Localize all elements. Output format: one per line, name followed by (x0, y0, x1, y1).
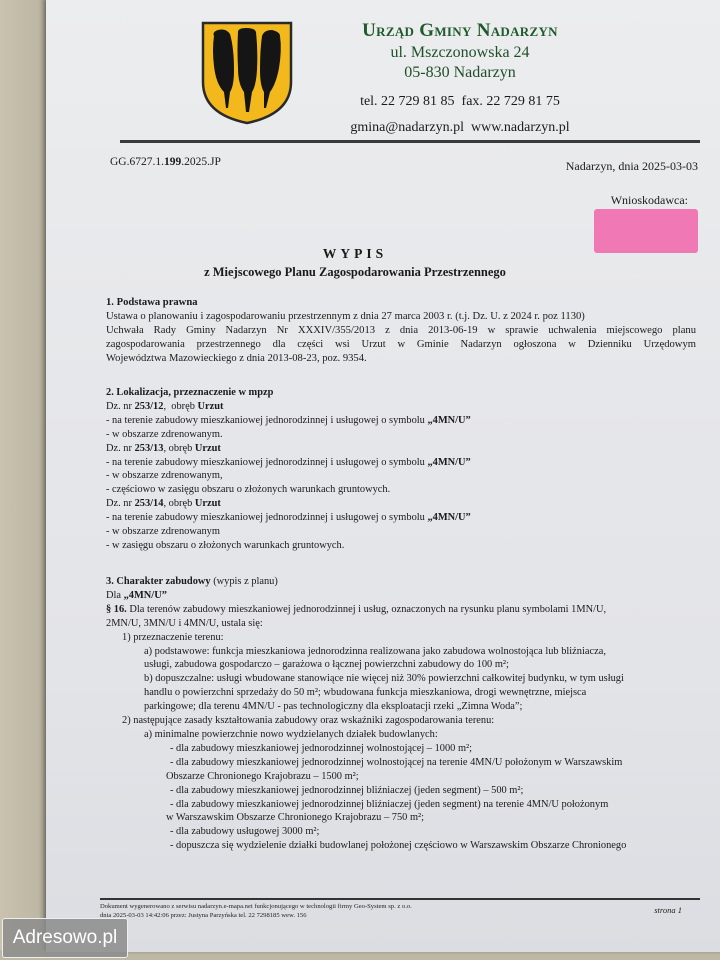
background-surface (0, 0, 48, 960)
footer-line: Dokument wygenerowano z serwisu nadarzyn… (100, 902, 412, 911)
document-subtitle: z Miejscowego Planu Zagospodarowania Prz… (120, 265, 590, 280)
parcel-item: - na terenie zabudowy mieszkaniowej jedn… (106, 414, 696, 428)
page-number: strona 1 (654, 905, 682, 915)
text-line: Województwa Mazowieckiego z dnia 2013-08… (106, 352, 696, 366)
office-phones: tel. 22 729 81 85 fax. 22 729 81 75 (330, 94, 590, 110)
case-signature: GG.6727.1.199.2025.JP (110, 156, 221, 169)
parcel-item: - w obszarze zdrenowanym. (106, 428, 696, 442)
list-item: 1) przeznaczenie terenu: (106, 631, 696, 645)
text-line: zagospodarowania przestrzennego dla częś… (106, 338, 696, 352)
place-and-date: Nadarzyn, dnia 2025-03-03 (566, 160, 698, 173)
parcel-line: Dz. nr 253/13, obręb Urzut (106, 442, 696, 456)
section-heading: 3. Charakter zabudowy (wypis z planu) (106, 575, 696, 589)
parcel-line: Dz. nr 253/12, obręb Urzut (106, 400, 696, 414)
footer-divider (100, 898, 700, 900)
list-item: - dla zabudowy mieszkaniowej jednorodzin… (106, 756, 696, 770)
section-heading: 1. Podstawa prawna (106, 296, 696, 310)
text-line: Ustawa o planowaniu i zagospodarowaniu p… (106, 310, 696, 324)
text-line: Uchwała Rady Gminy Nadarzyn Nr XXXIV/355… (106, 324, 696, 338)
parcel-item: - na terenie zabudowy mieszkaniowej jedn… (106, 511, 696, 525)
letterhead-divider (120, 140, 700, 143)
applicant-label: Wnioskodawca: (611, 194, 688, 207)
parcel-item: - częściowo w zasięgu obszaru o złożonyc… (106, 483, 696, 497)
list-item: - dla zabudowy mieszkaniowej jednorodzin… (106, 798, 696, 812)
list-item: parkingowe; dla terenu 4MN/U - pas techn… (106, 700, 696, 714)
office-postal: 05-830 Nadarzyn (330, 64, 590, 82)
list-item: usługi, zabudowa gospodarczo – garażowa … (106, 658, 696, 672)
list-item: w Warszawskim Obszarze Chronionego Krajo… (106, 811, 696, 825)
parcel-item: - w obszarze zdrenowanym (106, 525, 696, 539)
section-heading: 2. Lokalizacja, przeznaczenie w mpzp (106, 386, 696, 400)
parcel-item: - na terenie zabudowy mieszkaniowej jedn… (106, 456, 696, 470)
coat-of-arms-icon (200, 20, 294, 126)
list-item: b) dopuszczalne: usługi wbudowane stanow… (106, 672, 696, 686)
parcel-item: - w zasięgu obszaru o złożonych warunkac… (106, 539, 696, 553)
section-building-character: 3. Charakter zabudowy (wypis z planu) Dl… (106, 575, 696, 853)
office-contact: gmina@nadarzyn.pl www.nadarzyn.pl (330, 120, 590, 136)
section-legal-basis: 1. Podstawa prawna Ustawa o planowaniu i… (106, 296, 696, 366)
list-item: a) minimalne powierzchnie nowo wydzielan… (106, 728, 696, 742)
list-item: 2) następujące zasady kształtowania zabu… (106, 714, 696, 728)
text-line: 2MN/U, 3MN/U i 4MN/U, ustala się: (106, 617, 696, 631)
footer-line: dnia 2025-03-03 14:42:06 przez: Justyna … (100, 911, 412, 920)
list-item: a) podstawowe: funkcja mieszkaniowa jedn… (106, 645, 696, 659)
list-item: - dla zabudowy mieszkaniowej jednorodzin… (106, 784, 696, 798)
office-street: ul. Mszczonowska 24 (330, 44, 590, 62)
generation-note: Dokument wygenerowano z serwisu nadarzyn… (100, 902, 412, 920)
section-location: 2. Lokalizacja, przeznaczenie w mpzp Dz.… (106, 386, 696, 553)
list-item: - dla zabudowy mieszkaniowej jednorodzin… (106, 742, 696, 756)
document-title: WYPIS (120, 246, 590, 262)
zone-symbol-line: Dla „4MN/U” (106, 589, 696, 603)
list-item: - dla zabudowy usługowej 3000 m²; (106, 825, 696, 839)
paragraph-16-line: § 16. Dla terenów zabudowy mieszkaniowej… (106, 603, 696, 617)
watermark-logo: Adresowo.pl (2, 918, 128, 958)
parcel-line: Dz. nr 253/14, obręb Urzut (106, 497, 696, 511)
list-item: Obszarze Chronionego Krajobrazu – 1500 m… (106, 770, 696, 784)
applicant-redaction (594, 209, 698, 253)
office-name: Urząd Gminy Nadarzyn (330, 20, 590, 42)
parcel-item: - w obszarze zdrenowanym, (106, 469, 696, 483)
list-item: handlu o powierzchni sprzedaży do 50 m²;… (106, 686, 696, 700)
list-item: - dopuszcza się wydzielenie działki budo… (106, 839, 696, 853)
